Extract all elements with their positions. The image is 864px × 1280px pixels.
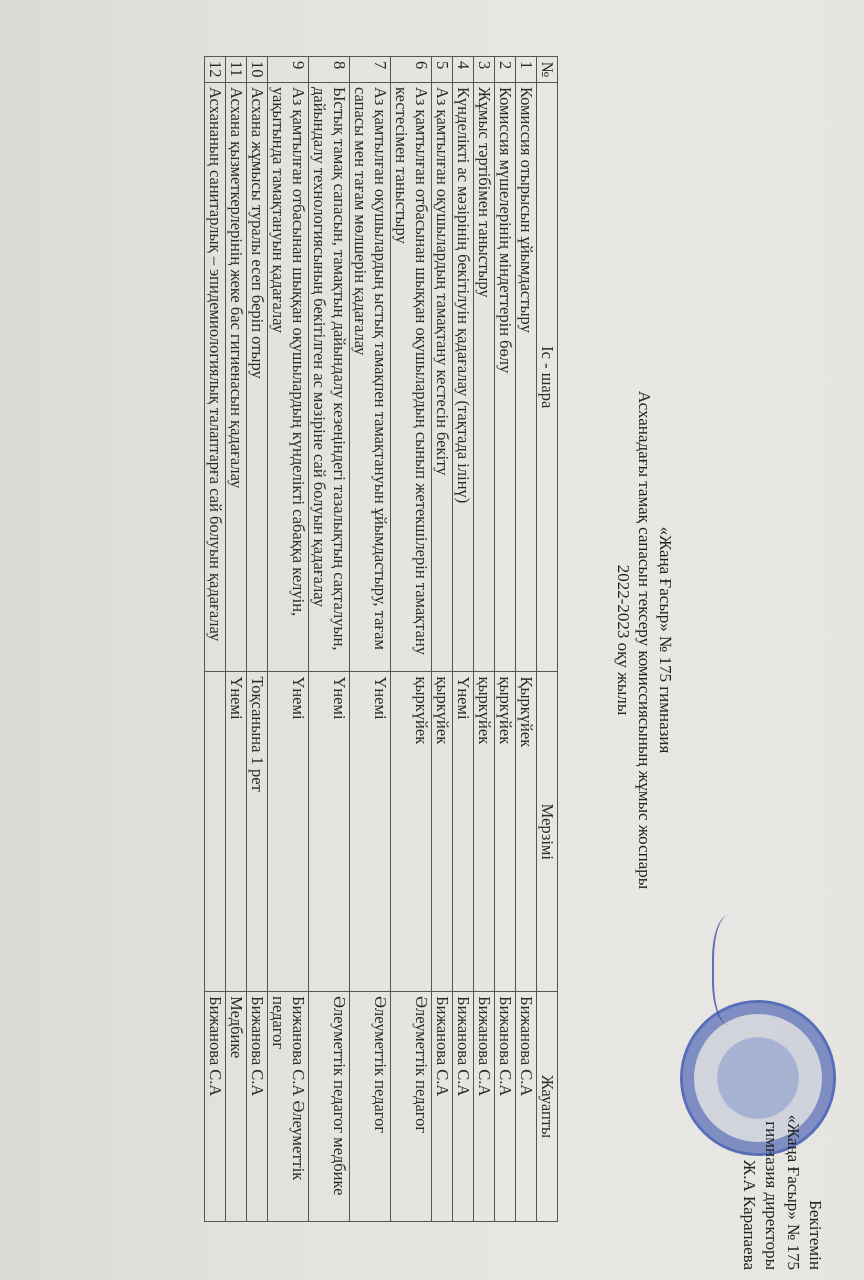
- cell-activity: Асхана қызметкерлерінің жеке бас гигиена…: [226, 82, 247, 671]
- approval-line: Бекітемін: [804, 1000, 826, 1270]
- cell-term: қыркүйек: [495, 672, 516, 992]
- cell-activity: Жұмыс тәртібімен таныстыру: [474, 82, 495, 671]
- cell-responsible: Бижанова С.А: [205, 992, 226, 1222]
- document-page: Бекітемін «Жаңа Ғасыр» № 175 гимназия ди…: [0, 0, 864, 1280]
- cell-activity: Асхана жұмысы туралы есеп беріп отыру: [247, 82, 268, 671]
- cell-activity: Комиссия отырысын ұйымдастыру: [516, 82, 537, 671]
- cell-term: Тоқсанына 1 рет: [247, 672, 268, 992]
- table-row: 1Комиссия отырысын ұйымдастыруҚыркүйекБи…: [516, 57, 537, 1222]
- table-row: 4Күнделікті ас мәзірінің бекітілуін қада…: [453, 57, 474, 1222]
- table-row: 7Аз қамтылған оқушылардың ыстық тамақпен…: [350, 57, 391, 1222]
- document-title: «Жаңа Ғасыр» № 175 гимназия Асханадағы т…: [613, 0, 676, 1280]
- cell-responsible: Медбике: [226, 992, 247, 1222]
- header-activity: Іс - шара: [537, 82, 558, 671]
- approval-block: Бекітемін «Жаңа Ғасыр» № 175 гимназия ди…: [738, 1000, 826, 1270]
- cell-responsible: Бижанова С.А: [474, 992, 495, 1222]
- header-num: №: [537, 57, 558, 83]
- cell-num: 6: [391, 57, 432, 83]
- cell-num: 11: [226, 57, 247, 83]
- cell-activity: Аз қамтылған отбасынан шыққан оқушыларды…: [391, 82, 432, 671]
- cell-num: 1: [516, 57, 537, 83]
- table-row: 2Комиссия мүшелерінің міндеттерін бөлуқы…: [495, 57, 516, 1222]
- cell-num: 4: [453, 57, 474, 83]
- cell-term: Үнемі: [309, 672, 350, 992]
- work-plan-table: № Іс - шара Мерзімі Жауапты 1Комиссия от…: [204, 56, 558, 1222]
- cell-num: 2: [495, 57, 516, 83]
- cell-responsible: Бижанова С.А: [516, 992, 537, 1222]
- cell-activity: Ыстық тамақ сапасын, тамақтың дайындалу …: [309, 82, 350, 671]
- academic-year: 2022-2023 оқу жылы: [613, 0, 634, 1280]
- cell-responsible: Бижанова С.А: [453, 992, 474, 1222]
- cell-term: қыркүйек: [474, 672, 495, 992]
- cell-num: 8: [309, 57, 350, 83]
- cell-term: Үнемі: [453, 672, 474, 992]
- table-row: 12Асхананың санитарлық – эпидемиологиялы…: [205, 57, 226, 1222]
- cell-responsible: Бижанова С.А Әлеуметтік педагог: [268, 992, 309, 1222]
- cell-term: Қыркүйек: [516, 672, 537, 992]
- cell-responsible: Әлеуметтік педагог медбике: [309, 992, 350, 1222]
- bleed-through-text: [704, 40, 864, 1040]
- table-row: 3Жұмыс тәртібімен таныстыруқыркүйекБижан…: [474, 57, 495, 1222]
- approval-line: Ж.А Карапаева: [738, 1000, 760, 1270]
- cell-term: Үнемі: [226, 672, 247, 992]
- table-row: 6Аз қамтылған отбасынан шыққан оқушылард…: [391, 57, 432, 1222]
- table-row: 11Асхана қызметкерлерінің жеке бас гигие…: [226, 57, 247, 1222]
- school-name: «Жаңа Ғасыр» № 175 гимназия: [655, 0, 676, 1280]
- cell-term: Үнемі: [350, 672, 391, 992]
- table-row: 9Аз қамтылған отбасынан шыққан оқушылард…: [268, 57, 309, 1222]
- cell-responsible: Әлеуметтік педагог: [350, 992, 391, 1222]
- plan-heading: Асханадағы тамақ сапасын тексеру комисси…: [634, 0, 655, 1280]
- cell-term: қыркүйек: [432, 672, 453, 992]
- table-header-row: № Іс - шара Мерзімі Жауапты: [537, 57, 558, 1222]
- table-row: 8Ыстық тамақ сапасын, тамақтың дайындалу…: [309, 57, 350, 1222]
- cell-activity: Комиссия мүшелерінің міндеттерін бөлу: [495, 82, 516, 671]
- cell-responsible: Бижанова С.А: [495, 992, 516, 1222]
- cell-term: қыркүйек: [391, 672, 432, 992]
- cell-term: Үнемі: [268, 672, 309, 992]
- header-term: Мерзімі: [537, 672, 558, 992]
- table-row: 5Аз қамтылған оқушылардың тамақтану кест…: [432, 57, 453, 1222]
- cell-activity: Асхананың санитарлық – эпидемиологиялық …: [205, 82, 226, 671]
- approval-line: «Жаңа Ғасыр» № 175: [782, 1000, 804, 1270]
- cell-activity: Аз қамтылған оқушылардың тамақтану кесте…: [432, 82, 453, 671]
- cell-num: 10: [247, 57, 268, 83]
- cell-num: 3: [474, 57, 495, 83]
- cell-activity: Аз қамтылған отбасынан шыққан оқушыларды…: [268, 82, 309, 671]
- cell-activity: Күнделікті ас мәзірінің бекітілуін қадағ…: [453, 82, 474, 671]
- cell-num: 12: [205, 57, 226, 83]
- cell-responsible: Бижанова С.А: [432, 992, 453, 1222]
- approval-line: гимназия директоры: [760, 1000, 782, 1270]
- cell-num: 5: [432, 57, 453, 83]
- cell-responsible: Әлеуметтік педагог: [391, 992, 432, 1222]
- cell-responsible: Бижанова С.А: [247, 992, 268, 1222]
- cell-term: [205, 672, 226, 992]
- cell-num: 7: [350, 57, 391, 83]
- table-row: 10Асхана жұмысы туралы есеп беріп отыруТ…: [247, 57, 268, 1222]
- cell-activity: Аз қамтылған оқушылардың ыстық тамақпен …: [350, 82, 391, 671]
- header-responsible: Жауапты: [537, 992, 558, 1222]
- cell-num: 9: [268, 57, 309, 83]
